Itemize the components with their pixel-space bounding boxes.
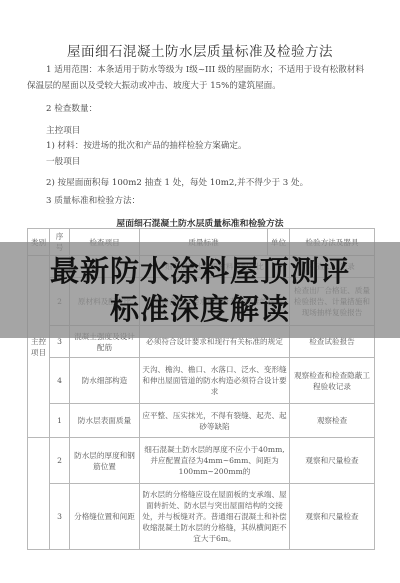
table-row: 4 防水细部构造 天沟、檐沟、檐口、水落口、泛水、变形缝和伸出屋面管道的防水构造… xyxy=(28,358,375,404)
row-number: 4 xyxy=(50,358,70,404)
row-method: 观察和尺量检查 xyxy=(290,438,375,484)
paragraph-main-items: 主控项目 xyxy=(46,125,80,137)
overlay-title-line-1: 最新防水涂料屋顶测评 xyxy=(0,254,400,288)
row-number: 1 xyxy=(50,404,70,438)
row-standard: 防水层的分格缝应设在屋面板的支承端、屋面转折处、防水层与突出屋面结构的交接处，并… xyxy=(140,484,290,550)
row-method: 观察检查 xyxy=(290,404,375,438)
row-item: 分格缝位置和间距 xyxy=(70,484,140,550)
paragraph-quality-standard: 3 质量标准和检验方法： xyxy=(46,195,140,207)
row-method: 观察检查和检查隐蔽工程验收记录 xyxy=(290,358,375,404)
table-row: 3 分格缝位置和间距 防水层的分格缝应设在屋面板的支承端、屋面转折处、防水层与突… xyxy=(28,484,375,550)
row-method: 观察和尺量检查 xyxy=(290,484,375,550)
category-cell-general xyxy=(28,438,50,550)
paragraph-scope-2: 保温层的屋面以及受较大振动或冲击、坡度大于 15%的建筑屋面。 xyxy=(27,80,281,92)
document-page: 屋面细石混凝土防水层质量标准及检验方法 1 适用范围：本条适用于防水等级为 I级… xyxy=(0,0,400,583)
row-item: 防水层的厚度和钢筋位置 xyxy=(70,438,140,484)
paragraph-sampling: 2) 按屋面面积每 100m2 抽查 1 处，每处 10m2,并不得少于 3 处… xyxy=(46,177,308,189)
row-standard: 应平整、压实抹光，不得有裂缝、起壳、起砂等缺陷 xyxy=(140,404,290,438)
paragraph-scope-1: 1 适用范围：本条适用于防水等级为 I级~III 级的屋面防水；不适用于设有松散… xyxy=(46,64,364,76)
row-number: 2 xyxy=(50,438,70,484)
paragraph-general-items: 一般项目 xyxy=(46,156,80,168)
paragraph-materials: 1) 材料：按进场的批次和产品的抽样检验方案确定。 xyxy=(46,140,247,152)
overlay-title-line-2: 标准深度解读 xyxy=(0,292,400,326)
row-number: 3 xyxy=(50,484,70,550)
row-item: 防水细部构造 xyxy=(70,358,140,404)
paragraph-inspection-qty: 2 检查数量： xyxy=(46,103,97,115)
row-standard: 细石混凝土防水层的厚度不应小于40mm,并应配置直径为4mm~6mm、间距为10… xyxy=(140,438,290,484)
row-item: 防水层表面质量 xyxy=(70,404,140,438)
document-title: 屋面细石混凝土防水层质量标准及检验方法 xyxy=(0,40,400,60)
row-standard: 天沟、檐沟、檐口、水落口、泛水、变形缝和伸出屋面管道的防水构造必须符合设计要求 xyxy=(140,358,290,404)
table-row: 2 防水层的厚度和钢筋位置 细石混凝土防水层的厚度不应小于40mm,并应配置直径… xyxy=(28,438,375,484)
table-row: 1 防水层表面质量 应平整、压实抹光，不得有裂缝、起壳、起砂等缺陷 观察检查 xyxy=(28,404,375,438)
